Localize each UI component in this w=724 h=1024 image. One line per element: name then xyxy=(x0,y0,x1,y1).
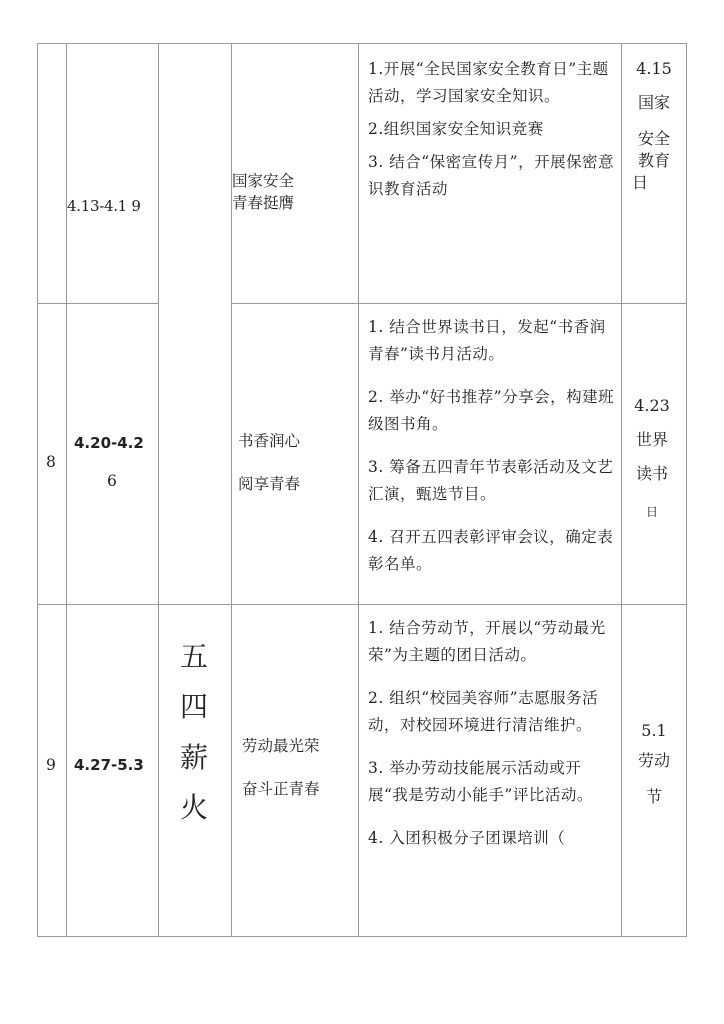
festival-line: 5.1 xyxy=(624,718,684,744)
activity-item: 1.开展“全民国家安全教育日”主题活动，学习国家安全知识。 xyxy=(368,56,620,110)
theme-line-2: 奋斗正青春 xyxy=(242,778,320,800)
month-theme-char: 薪 xyxy=(170,731,218,785)
activity-item: 3. 结合“保密宣传月”，开展保密意识教育活动 xyxy=(368,149,620,203)
activity-item: 4. 召开五四表彰评审会议，确定表彰名单。 xyxy=(368,524,620,578)
festival-line: 节 xyxy=(624,784,684,810)
col-border-6 xyxy=(686,43,687,937)
activity-item: 2. 举办“好书推荐”分享会，构建班级图书角。 xyxy=(368,384,620,438)
activity-list: 1. 结合世界读书日，发起“书香润青春”读书月活动。 2. 举办“好书推荐”分享… xyxy=(368,314,620,578)
theme-line-1: 书香润心 xyxy=(238,430,300,452)
activity-item: 2. 组织“校园美容师”志愿服务活动，对校园环境进行清洁维护。 xyxy=(368,685,620,739)
row-border-1a xyxy=(37,303,159,304)
festival-line: 安全 xyxy=(624,128,684,150)
festival-line: 4.15 xyxy=(624,56,684,82)
row-border-2 xyxy=(37,604,687,605)
activity-item: 2.组织国家安全知识竞赛 xyxy=(368,116,620,143)
festival-line: 教育 xyxy=(624,150,684,172)
col-border-0 xyxy=(37,43,38,937)
col-border-5 xyxy=(621,43,622,937)
festival-line: 4.23 xyxy=(622,393,682,419)
row-border-bottom xyxy=(37,936,687,937)
activity-item: 4. 入团积极分子团课培训（ xyxy=(368,825,620,852)
month-theme-char: 四 xyxy=(170,680,218,734)
activity-list: 1. 结合劳动节，开展以“劳动最光荣”为主题的团日活动。 2. 组织“校园美容师… xyxy=(368,615,620,852)
festival-line: 劳动 xyxy=(624,748,684,774)
col-border-2 xyxy=(158,43,159,937)
date-range: 4.13-4.1 9 xyxy=(67,195,141,217)
row-border-top xyxy=(37,43,687,44)
row-border-1b xyxy=(231,303,687,304)
festival-line: 世界 xyxy=(622,427,682,453)
theme-line-2: 阅享青春 xyxy=(238,473,300,495)
theme-line-2: 青春挺膺 xyxy=(232,192,294,214)
activity-item: 3. 筹备五四青年节表彰活动及文艺汇演，甄选节目。 xyxy=(368,454,620,508)
activity-item: 1. 结合世界读书日，发起“书香润青春”读书月活动。 xyxy=(368,314,620,368)
theme-line-1: 劳动最光荣 xyxy=(242,735,320,757)
week-number: 8 xyxy=(46,451,56,473)
festival-line: 日 xyxy=(622,499,682,525)
month-theme-char: 五 xyxy=(170,630,218,684)
week-number: 9 xyxy=(46,754,56,776)
festival-line: 国家 xyxy=(624,90,684,116)
activity-item: 1. 结合劳动节，开展以“劳动最光荣”为主题的团日活动。 xyxy=(368,615,620,669)
festival-line: 日 xyxy=(632,172,662,194)
theme-line-1: 国家安全 xyxy=(232,170,294,192)
date-range: 4.20-4.2 xyxy=(74,432,144,454)
col-border-4 xyxy=(358,43,359,937)
col-border-1 xyxy=(66,43,67,937)
activity-list: 1.开展“全民国家安全教育日”主题活动，学习国家安全知识。 2.组织国家安全知识… xyxy=(368,56,620,203)
date-range-line-2: 6 xyxy=(107,470,117,492)
festival-line: 读书 xyxy=(622,461,682,487)
month-theme-char: 火 xyxy=(170,781,218,835)
activity-item: 3. 举办劳动技能展示活动或开展“我是劳动小能手”评比活动。 xyxy=(368,755,620,809)
date-range: 4.27-5.3 xyxy=(74,754,144,776)
